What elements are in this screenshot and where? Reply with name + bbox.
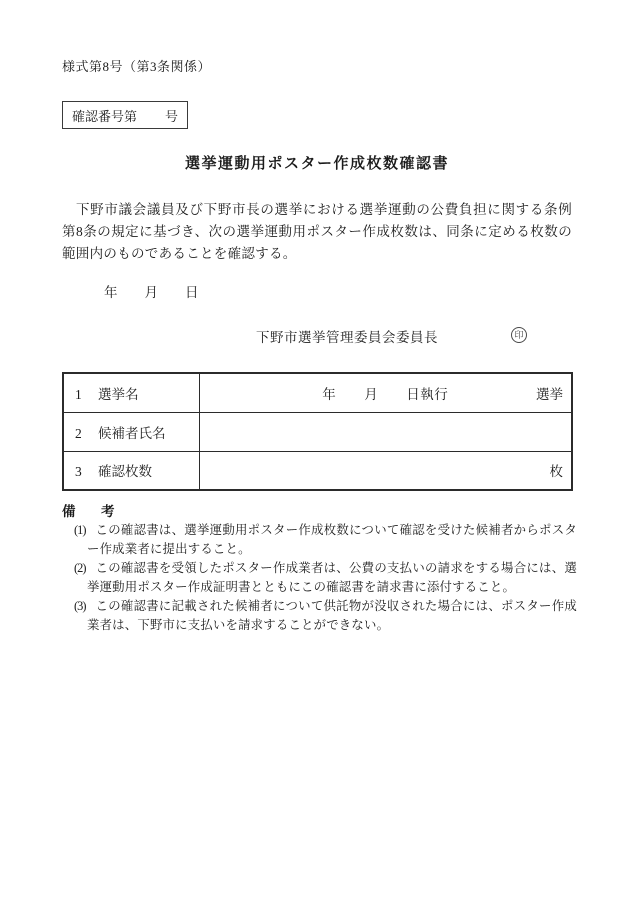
note-text: この確認書を受領したポスター作成業者は、公費の支払いの請求をする場合には、選挙運… xyxy=(87,561,577,594)
note-number: (3) xyxy=(74,599,85,613)
row-value-unit: 選挙 xyxy=(536,383,563,403)
row-number: 3 xyxy=(75,464,98,480)
note-text: この確認書に記載された候補者について供託物が没収された場合には、ポスター作成業者… xyxy=(87,599,577,632)
note-number: (2) xyxy=(74,561,85,575)
row-value-main: 年 月 日執行 xyxy=(322,387,448,402)
note-item: (2)この確認書を受領したポスター作成業者は、公費の支払いの請求をする場合には、… xyxy=(87,559,577,596)
signature-title: 下野市選挙管理委員会委員長 xyxy=(256,326,438,346)
note-item: (3)この確認書に記載された候補者について供託物が没収された場合には、ポスター作… xyxy=(87,597,577,634)
seal-character: 印 xyxy=(514,331,523,340)
note-number: (1) xyxy=(74,523,85,537)
row-number: 2 xyxy=(75,426,98,442)
confirmation-table: 1選挙名 年 月 日執行 選挙 2候補者氏名 xyxy=(62,372,573,491)
notes-heading: 備 考 xyxy=(62,500,577,520)
document-title: 選挙運動用ポスター作成枚数確認書 xyxy=(62,152,572,173)
seal-stamp-icon: 印 xyxy=(511,327,527,343)
confirmation-number-suffix: 号 xyxy=(165,106,178,125)
signature-line: 下野市選挙管理委員会委員長 印 xyxy=(62,326,572,346)
row-label: 選挙名 xyxy=(98,387,139,402)
note-text: この確認書は、選挙運動用ポスター作成枚数について確認を受けた候補者からポスター作… xyxy=(87,523,577,556)
row-label-cell: 3確認枚数 xyxy=(63,451,199,490)
row-value-cell xyxy=(199,412,572,451)
date-line: 年 月 日 xyxy=(104,281,572,301)
document-page: 様式第8号（第3条関係） 確認番号第 号 選挙運動用ポスター作成枚数確認書 下野… xyxy=(0,0,630,903)
table-row-election-name: 1選挙名 年 月 日執行 選挙 xyxy=(63,373,572,412)
row-label: 候補者氏名 xyxy=(98,426,166,441)
form-style-number: 様式第8号（第3条関係） xyxy=(62,56,572,75)
confirmation-number-box: 確認番号第 号 xyxy=(62,101,188,129)
table-row-candidate-name: 2候補者氏名 xyxy=(63,412,572,451)
row-label-cell: 2候補者氏名 xyxy=(63,412,199,451)
row-number: 1 xyxy=(75,387,98,403)
row-value-unit: 枚 xyxy=(550,460,564,480)
row-label: 確認枚数 xyxy=(98,464,152,479)
confirmation-number-prefix: 確認番号第 xyxy=(72,106,137,125)
row-value-cell: 枚 xyxy=(199,451,572,490)
notes-section: 備 考 (1)この確認書は、選挙運動用ポスター作成枚数について確認を受けた候補者… xyxy=(62,500,577,634)
table-row-confirmed-count: 3確認枚数 枚 xyxy=(63,451,572,490)
row-value-cell: 年 月 日執行 選挙 xyxy=(199,373,572,412)
row-label-cell: 1選挙名 xyxy=(63,373,199,412)
body-paragraph: 下野市議会議員及び下野市長の選挙における選挙運動の公費負担に関する条例第8条の規… xyxy=(62,199,572,265)
note-item: (1)この確認書は、選挙運動用ポスター作成枚数について確認を受けた候補者からポス… xyxy=(87,521,577,558)
